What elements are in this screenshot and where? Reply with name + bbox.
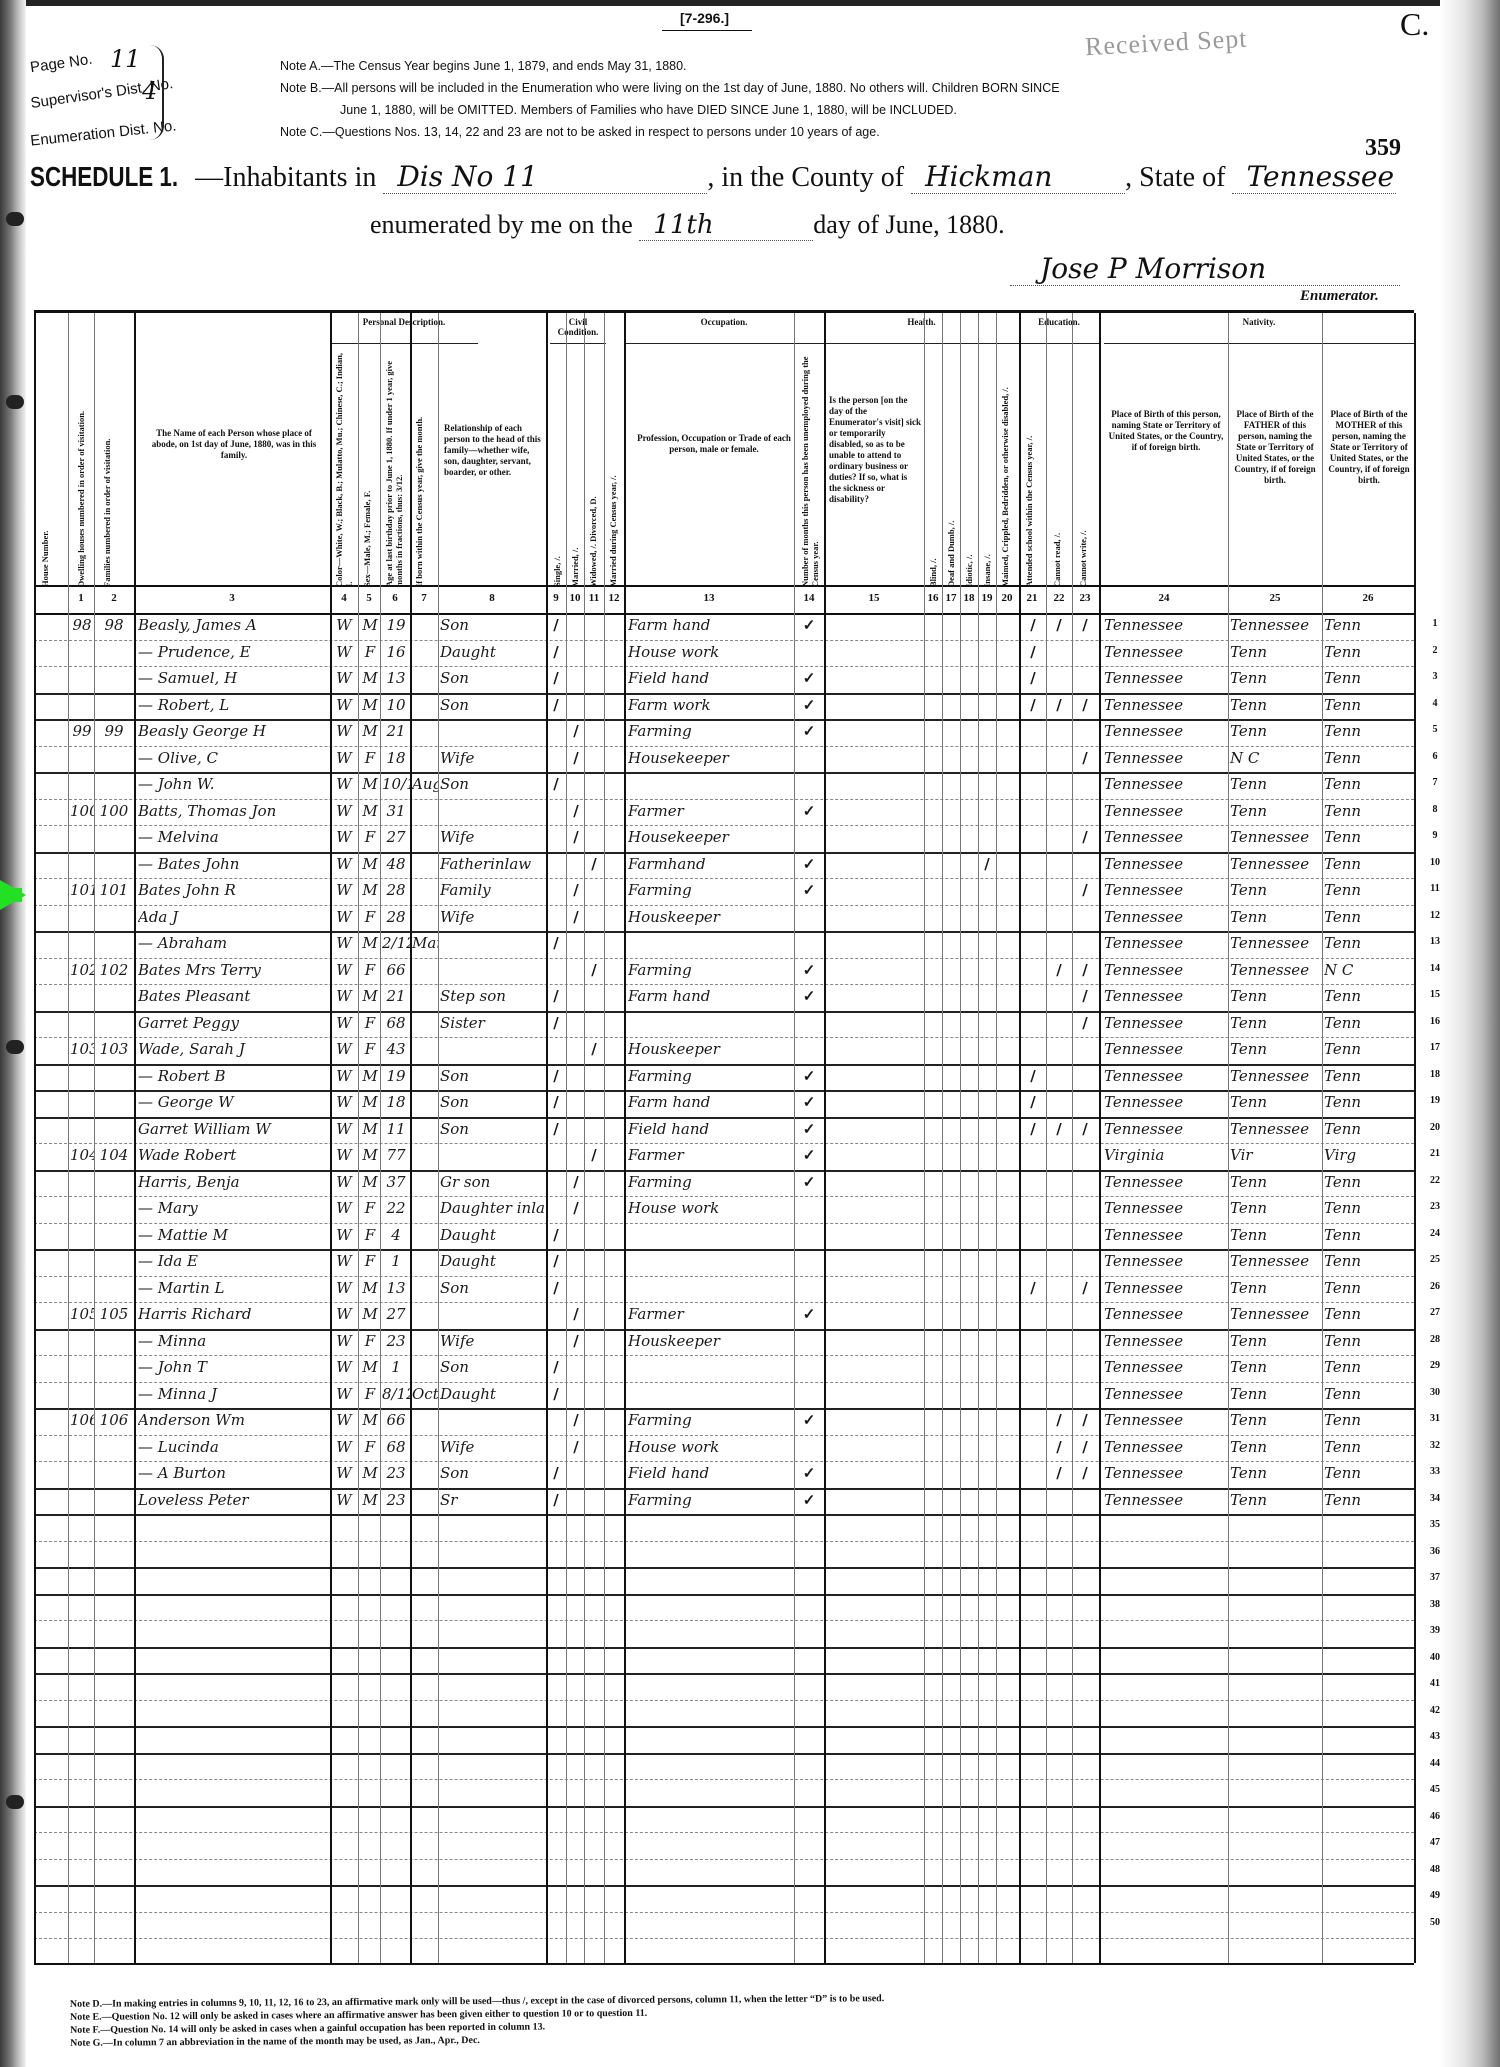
- cell-unemployed: ✓: [796, 1464, 822, 1482]
- cell-dwelling: 106: [70, 1411, 94, 1429]
- table-row: — Bates JohnWM48Fatherinlaw/Farmhand✓/Te…: [34, 852, 1414, 880]
- line-number: 50: [1415, 1917, 1455, 1928]
- cell-occupation: Housekeeper: [628, 749, 792, 767]
- cell-color: W: [332, 1358, 356, 1376]
- cell-birth: Tennessee: [1104, 1279, 1226, 1297]
- cell-father: Tenn: [1230, 1199, 1320, 1217]
- cell-write: /: [1074, 1014, 1096, 1032]
- column-number: 23: [1073, 592, 1097, 604]
- cell-dwelling: 103: [70, 1040, 94, 1058]
- cell-sex: F: [360, 908, 380, 926]
- cell-unemployed: ✓: [796, 1067, 822, 1085]
- line-number: 15: [1415, 989, 1455, 1000]
- cell-mother: Virg: [1324, 1146, 1414, 1164]
- cell-occupation: Farmhand: [628, 855, 792, 873]
- cell-age: 10: [382, 696, 410, 714]
- cell-sex: F: [360, 1332, 380, 1350]
- cell-read: /: [1048, 961, 1070, 979]
- line-number: 48: [1415, 1864, 1455, 1875]
- line-number: 3: [1415, 671, 1455, 682]
- hdr-unemployed: Number of months this person has been un…: [800, 349, 822, 587]
- cell-single: /: [548, 1226, 564, 1244]
- cell-single: /: [548, 1093, 564, 1111]
- table-row: 106106Anderson WmWM66/Farming✓//Tennesse…: [34, 1408, 1414, 1436]
- cell-age: 16: [382, 643, 410, 661]
- cell-family: 98: [96, 616, 132, 634]
- cell-sex: M: [360, 722, 380, 740]
- cell-dwelling: 99: [70, 722, 94, 740]
- cell-color: W: [332, 643, 356, 661]
- cell-age: 18: [382, 1093, 410, 1111]
- cell-sex: M: [360, 1305, 380, 1323]
- cell-sex: M: [360, 1120, 380, 1138]
- cell-single: /: [548, 1279, 564, 1297]
- column-number: 25: [1263, 592, 1287, 604]
- cell-school: /: [1021, 669, 1045, 687]
- cell-color: W: [332, 1146, 356, 1164]
- cell-birth: Tennessee: [1104, 1491, 1226, 1509]
- cell-age: 28: [382, 881, 410, 899]
- cell-father: Tenn: [1230, 1464, 1320, 1482]
- cell-school: /: [1021, 696, 1045, 714]
- cell-read: /: [1048, 1464, 1070, 1482]
- line-number: 24: [1415, 1228, 1455, 1239]
- cell-read: /: [1048, 616, 1070, 634]
- cell-mother: Tenn: [1324, 643, 1414, 661]
- table-row: — Olive, CWF18Wife/Housekeeper/Tennessee…: [34, 746, 1414, 775]
- column-rule: [34, 313, 36, 1963]
- cell-name: — Ida E: [138, 1252, 328, 1270]
- column-rule: [996, 313, 997, 1963]
- column-rule: [1322, 313, 1323, 1963]
- cell-name: Garret William W: [138, 1120, 328, 1138]
- table-row: [34, 1594, 1414, 1622]
- inhabitants-value: Dis No 11: [383, 160, 707, 194]
- table-row: — Ida EWF1Daught/TennesseeTennesseeTenn: [34, 1249, 1414, 1277]
- column-rule: [942, 313, 943, 1963]
- cell-age: 48: [382, 855, 410, 873]
- cell-mother: Tenn: [1324, 1173, 1414, 1191]
- inhabitants-label: —Inhabitants in: [195, 162, 376, 193]
- line-number: 13: [1415, 936, 1455, 947]
- cell-family: 104: [96, 1146, 132, 1164]
- hdr-birthplace: Place of Birth of this person, naming St…: [1106, 409, 1226, 453]
- cell-birth: Tennessee: [1104, 1438, 1226, 1456]
- line-number: 4: [1415, 698, 1455, 709]
- cell-name: — Lucinda: [138, 1438, 328, 1456]
- cell-birth: Tennessee: [1104, 802, 1226, 820]
- table-row: 9999Beasly George HWM21/Farming✓Tennesse…: [34, 719, 1414, 747]
- table-row: [34, 1806, 1414, 1834]
- cell-father: Tennessee: [1230, 961, 1320, 979]
- cell-name: — Abraham: [138, 934, 328, 952]
- cell-father: Tenn: [1230, 696, 1320, 714]
- line-number: 34: [1415, 1493, 1455, 1504]
- cell-name: — Minna: [138, 1332, 328, 1350]
- cell-birth: Tennessee: [1104, 616, 1226, 634]
- cell-birth: Tennessee: [1104, 881, 1226, 899]
- line-number: 7: [1415, 777, 1455, 788]
- hdr-house-number: House Number.: [40, 349, 54, 587]
- table-row: — Samuel, HWM13Son/Field hand✓/Tennessee…: [34, 666, 1414, 695]
- hdr-idiotic: Idiotic, /.: [964, 349, 976, 587]
- cell-school: /: [1021, 616, 1045, 634]
- line-number: 12: [1415, 910, 1455, 921]
- enumerator-label: Enumerator.: [1300, 288, 1379, 305]
- column-rule: [794, 313, 795, 1963]
- column-number: 12: [602, 592, 626, 604]
- cell-married: /: [568, 722, 584, 740]
- cell-read: /: [1048, 1411, 1070, 1429]
- line-number: 41: [1415, 1678, 1455, 1689]
- cell-father: Tenn: [1230, 1279, 1320, 1297]
- cell-sex: M: [360, 881, 380, 899]
- hdr-occupation: Profession, Occupation or Trade of each …: [629, 433, 799, 455]
- cell-name: Wade Robert: [138, 1146, 328, 1164]
- cell-age: 43: [382, 1040, 410, 1058]
- cell-age: 2/12: [382, 934, 410, 952]
- cell-write: /: [1074, 1411, 1096, 1429]
- cell-relation: Daught: [440, 1226, 544, 1244]
- cell-age: 27: [382, 828, 410, 846]
- table-row: Loveless PeterWM23Sr/Farming✓TennesseeTe…: [34, 1488, 1414, 1517]
- cell-occupation: Farmer: [628, 802, 792, 820]
- cell-relation: Wife: [440, 828, 544, 846]
- cell-dwelling: 101: [70, 881, 94, 899]
- cell-age: 68: [382, 1014, 410, 1032]
- cell-mother: Tenn: [1324, 1491, 1414, 1509]
- table-row: — Robert, LWM10Son/Farm work✓///Tennesse…: [34, 693, 1414, 722]
- cell-name: — Melvina: [138, 828, 328, 846]
- line-number: 28: [1415, 1334, 1455, 1345]
- table-row: [34, 1832, 1414, 1860]
- cell-color: W: [332, 881, 356, 899]
- cell-widowed: /: [586, 855, 602, 873]
- enumerator-signature: Jose P Morrison: [1010, 252, 1400, 286]
- cell-widowed: /: [586, 1146, 602, 1164]
- column-rule: [960, 313, 961, 1963]
- cell-mother: Tenn: [1324, 1385, 1414, 1403]
- cell-sex: M: [360, 1093, 380, 1111]
- cell-father: Tenn: [1230, 1014, 1320, 1032]
- cell-unemployed: ✓: [796, 722, 822, 740]
- cell-occupation: Farm hand: [628, 616, 792, 634]
- cell-month: Oct: [412, 1385, 438, 1403]
- group-rule: [550, 343, 606, 344]
- cell-age: 66: [382, 1411, 410, 1429]
- cell-color: W: [332, 696, 356, 714]
- cell-mother: Tenn: [1324, 802, 1414, 820]
- cell-occupation: Farming: [628, 881, 792, 899]
- cell-mother: Tenn: [1324, 1332, 1414, 1350]
- cell-birth: Tennessee: [1104, 1199, 1226, 1217]
- hdr-relationship: Relationship of each person to the head …: [444, 423, 544, 478]
- column-rule: [1228, 313, 1229, 1963]
- column-rule: [1414, 313, 1416, 1963]
- cell-married: /: [568, 802, 584, 820]
- form-number-rule: [662, 30, 752, 31]
- cell-name: — Robert B: [138, 1067, 328, 1085]
- meta-brace: [148, 45, 164, 140]
- cell-father: Tennessee: [1230, 934, 1320, 952]
- group-nativity: Nativity.: [1104, 317, 1414, 327]
- cell-mother: Tenn: [1324, 855, 1414, 873]
- cell-occupation: Field hand: [628, 669, 792, 687]
- column-number: 24: [1152, 592, 1176, 604]
- cell-birth: Tennessee: [1104, 1093, 1226, 1111]
- cell-single: /: [548, 934, 564, 952]
- group-rule: [824, 343, 1019, 344]
- column-rule: [330, 313, 332, 1963]
- line-number: 1: [1415, 618, 1455, 629]
- table-row: [34, 1541, 1414, 1570]
- cell-single: /: [548, 1385, 564, 1403]
- table-row: [34, 1859, 1414, 1888]
- cell-mother: Tenn: [1324, 1411, 1414, 1429]
- hdr-month-born: If born within the Census year, give the…: [414, 349, 428, 587]
- cell-name: Harris Richard: [138, 1305, 328, 1323]
- cell-relation: Son: [440, 1120, 544, 1138]
- cell-single: /: [548, 1358, 564, 1376]
- table-row: Bates PleasantWM21Step son/Farm hand✓/Te…: [34, 984, 1414, 1013]
- cell-mother: Tenn: [1324, 881, 1414, 899]
- cell-unemployed: ✓: [796, 881, 822, 899]
- cell-occupation: Farmer: [628, 1305, 792, 1323]
- cell-write: /: [1074, 828, 1096, 846]
- cell-sex: F: [360, 749, 380, 767]
- cell-father: Tenn: [1230, 908, 1320, 926]
- table-row: — MelvinaWF27Wife/Housekeeper/TennesseeT…: [34, 825, 1414, 854]
- cell-color: W: [332, 1199, 356, 1217]
- table-row: 104104Wade RobertWM77/Farmer✓VirginiaVir…: [34, 1143, 1414, 1172]
- table-row: [34, 1567, 1414, 1596]
- cell-birth: Tennessee: [1104, 987, 1226, 1005]
- cell-mother: Tenn: [1324, 1199, 1414, 1217]
- cell-relation: Son: [440, 616, 544, 634]
- cell-sex: F: [360, 1199, 380, 1217]
- cell-birth: Tennessee: [1104, 1014, 1226, 1032]
- cell-birth: Tennessee: [1104, 1252, 1226, 1270]
- highlight-arrow-icon: [0, 880, 26, 910]
- table-row: Garret William WWM11Son/Field hand✓///Te…: [34, 1117, 1414, 1145]
- cell-age: 1: [382, 1252, 410, 1270]
- column-rule: [1046, 313, 1047, 1963]
- cell-relation: Daughter inlaw: [440, 1199, 544, 1217]
- cell-birth: Tennessee: [1104, 828, 1226, 846]
- group-rule: [1019, 343, 1099, 344]
- cell-color: W: [332, 802, 356, 820]
- cell-name: Bates Mrs Terry: [138, 961, 328, 979]
- column-rule: [410, 313, 412, 1963]
- cell-birth: Virginia: [1104, 1146, 1226, 1164]
- table-row: 103103Wade, Sarah JWF43/HouskeeperTennes…: [34, 1037, 1414, 1066]
- enumerated-label: enumerated by me on the: [370, 210, 633, 239]
- cell-sex: M: [360, 1411, 380, 1429]
- cell-age: 23: [382, 1332, 410, 1350]
- line-number: 2: [1415, 645, 1455, 656]
- cell-relation: Son: [440, 669, 544, 687]
- cell-sex: F: [360, 1040, 380, 1058]
- line-number: 38: [1415, 1599, 1455, 1610]
- cell-name: Wade, Sarah J: [138, 1040, 328, 1058]
- cell-name: — Bates John: [138, 855, 328, 873]
- hdr-sex: Sex—Male, M.; Female, F.: [362, 349, 376, 587]
- cell-color: W: [332, 1332, 356, 1350]
- cell-name: — Mattie M: [138, 1226, 328, 1244]
- cell-father: Tenn: [1230, 1332, 1320, 1350]
- cell-mother: Tenn: [1324, 1438, 1414, 1456]
- line-number: 44: [1415, 1758, 1455, 1769]
- cell-birth: Tennessee: [1104, 669, 1226, 687]
- cell-mother: N C: [1324, 961, 1414, 979]
- line-number: 11: [1415, 883, 1455, 894]
- line-number: 33: [1415, 1466, 1455, 1477]
- cell-relation: Son: [440, 775, 544, 793]
- cell-sex: M: [360, 802, 380, 820]
- cell-married: /: [568, 1199, 584, 1217]
- cell-read: /: [1048, 1120, 1070, 1138]
- cell-father: Tenn: [1230, 669, 1320, 687]
- cell-father: Tenn: [1230, 722, 1320, 740]
- line-number: 36: [1415, 1546, 1455, 1557]
- cell-color: W: [332, 1279, 356, 1297]
- cell-birth: Tennessee: [1104, 1464, 1226, 1482]
- cell-occupation: Farming: [628, 1173, 792, 1191]
- note-c: Note C.—Questions Nos. 13, 14, 22 and 23…: [280, 121, 1060, 143]
- cell-occupation: House work: [628, 1438, 792, 1456]
- cell-birth: Tennessee: [1104, 722, 1226, 740]
- hdr-father-birthplace: Place of Birth of the FATHER of this per…: [1230, 409, 1320, 486]
- county-value: Hickman: [911, 160, 1125, 194]
- cell-maimed: /: [978, 855, 996, 873]
- cell-age: 13: [382, 1279, 410, 1297]
- cell-age: 10/12: [382, 775, 410, 793]
- table-row: [34, 1514, 1414, 1542]
- cell-color: W: [332, 1014, 356, 1032]
- cell-occupation: Farm hand: [628, 1093, 792, 1111]
- cell-age: 28: [382, 908, 410, 926]
- column-number: 14: [797, 592, 821, 604]
- binder-hole: [6, 395, 24, 409]
- cell-single: /: [548, 1014, 564, 1032]
- cell-mother: Tenn: [1324, 696, 1414, 714]
- cell-unemployed: ✓: [796, 616, 822, 634]
- table-row: [34, 1647, 1414, 1676]
- column-number: 13: [697, 592, 721, 604]
- cell-occupation: Field hand: [628, 1464, 792, 1482]
- state-value: Tennessee: [1232, 160, 1396, 194]
- line-number: 37: [1415, 1572, 1455, 1583]
- line-number: 49: [1415, 1890, 1455, 1901]
- cell-color: W: [332, 1040, 356, 1058]
- column-rule: [584, 313, 585, 1963]
- enumeration-line: enumerated by me on the 11thday of June,…: [370, 210, 1005, 241]
- cell-mother: Tenn: [1324, 1093, 1414, 1111]
- cell-age: 37: [382, 1173, 410, 1191]
- cell-occupation: Farm hand: [628, 987, 792, 1005]
- cell-father: Tennessee: [1230, 1252, 1320, 1270]
- cell-father: Tennessee: [1230, 1305, 1320, 1323]
- cell-name: Beasly George H: [138, 722, 328, 740]
- cell-read: /: [1048, 1438, 1070, 1456]
- cell-sex: M: [360, 1279, 380, 1297]
- cell-name: — Mary: [138, 1199, 328, 1217]
- hdr-single: Single, /.: [552, 349, 564, 587]
- cell-unemployed: ✓: [796, 1093, 822, 1111]
- hdr-family: Families numbered in order of visitation…: [102, 349, 116, 587]
- column-rule: [546, 313, 548, 1963]
- cell-relation: Wife: [440, 1332, 544, 1350]
- cell-relation: Daught: [440, 643, 544, 661]
- cell-family: 100: [96, 802, 132, 820]
- table-row: — A BurtonWM23Son/Field hand✓//Tennessee…: [34, 1461, 1414, 1490]
- column-rule: [824, 313, 826, 1963]
- cell-age: 68: [382, 1438, 410, 1456]
- cell-widowed: /: [586, 1040, 602, 1058]
- column-number: 15: [862, 592, 886, 604]
- table-row: — Robert BWM19Son/Farming✓/TennesseeTenn…: [34, 1064, 1414, 1093]
- cell-dwelling: 98: [70, 616, 94, 634]
- table-row: — Martin LWM13Son///TennesseeTennTenn: [34, 1276, 1414, 1304]
- column-rule: [604, 313, 605, 1963]
- cell-relation: Wife: [440, 749, 544, 767]
- cell-birth: Tennessee: [1104, 908, 1226, 926]
- cell-sex: M: [360, 987, 380, 1005]
- cell-married: /: [568, 828, 584, 846]
- cell-birth: Tennessee: [1104, 643, 1226, 661]
- cell-sex: F: [360, 1385, 380, 1403]
- cell-unemployed: ✓: [796, 961, 822, 979]
- table-row: 101101Bates John RWM28Family/Farming✓/Te…: [34, 878, 1414, 906]
- cell-color: W: [332, 1226, 356, 1244]
- hdr-mother-birthplace: Place of Birth of the MOTHER of this per…: [1324, 409, 1414, 486]
- cell-relation: Wife: [440, 908, 544, 926]
- cell-name: Beasly, James A: [138, 616, 328, 634]
- table-row: [34, 1779, 1414, 1808]
- cell-write: /: [1074, 1464, 1096, 1482]
- table-row: — Prudence, EWF16Daught/House work/Tenne…: [34, 640, 1414, 668]
- cell-color: W: [332, 828, 356, 846]
- column-rule: [624, 313, 626, 1963]
- cell-mother: Tenn: [1324, 828, 1414, 846]
- cell-name: — Martin L: [138, 1279, 328, 1297]
- page-no-value: 11: [110, 45, 141, 73]
- cell-father: Tenn: [1230, 1093, 1320, 1111]
- table-row: — MinnaWF23Wife/HouskeeperTennesseeTennT…: [34, 1329, 1414, 1357]
- enumeration-day: 11th: [639, 210, 813, 241]
- column-number: 4: [332, 592, 356, 604]
- cell-relation: Son: [440, 1358, 544, 1376]
- cell-occupation: Farming: [628, 1067, 792, 1085]
- column-rule: [358, 313, 359, 1963]
- cell-birth: Tennessee: [1104, 775, 1226, 793]
- table-row: — Mattie MWF4Daught/TennesseeTennTenn: [34, 1223, 1414, 1252]
- cell-unemployed: ✓: [796, 669, 822, 687]
- cell-father: Tenn: [1230, 643, 1320, 661]
- binder-hole: [6, 1795, 24, 1809]
- cell-mother: Tenn: [1324, 1040, 1414, 1058]
- table-row: — Minna JWF8/12OctDaught/TennesseeTennTe…: [34, 1382, 1414, 1411]
- cell-name: — Minna J: [138, 1385, 328, 1403]
- hdr-deaf: Deaf and Dumb, /.: [946, 349, 958, 587]
- group-personal: Personal Description.: [330, 317, 478, 327]
- state-label: , State of: [1125, 162, 1225, 193]
- cell-single: /: [548, 1067, 564, 1085]
- line-number: 19: [1415, 1095, 1455, 1106]
- column-number: 3: [220, 592, 244, 604]
- cell-unemployed: ✓: [796, 987, 822, 1005]
- line-number: 31: [1415, 1413, 1455, 1424]
